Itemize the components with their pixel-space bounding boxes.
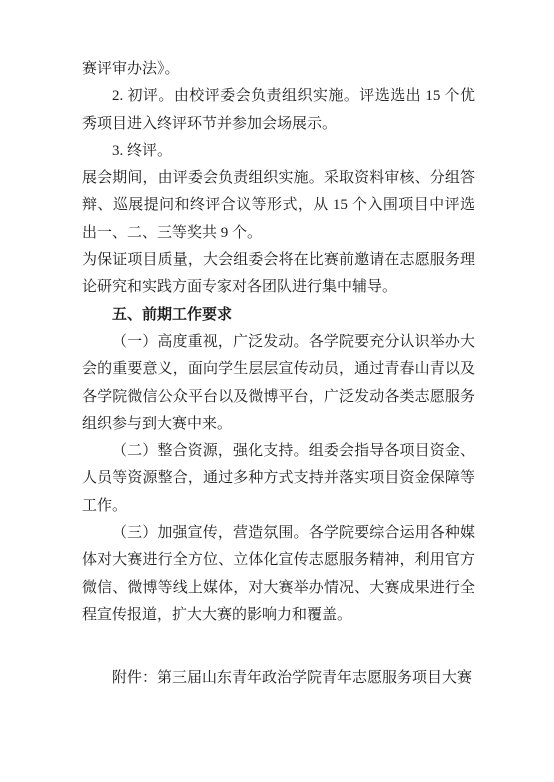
document-page: 赛评审办法》。 2. 初评。由校评委会负责组织实施。评选选出 15 个优秀项目进…	[0, 0, 554, 782]
paragraph-quality-guarantee: 为保证项目质量，大会组委会将在比赛前邀请在志愿服务理论研究和实践方面专家对各团队…	[82, 247, 475, 302]
paragraph-item-3-final-review: 3. 终评。	[82, 138, 475, 165]
paragraph-item-2-preliminary-review: 2. 初评。由校评委会负责组织实施。评选选出 15 个优秀项目进入终评环节并参加…	[82, 83, 475, 138]
paragraph-final-review-detail: 展会期间，由评委会负责组织实施。采取资料审核、分组答辩、巡展提问和终评合议等形式…	[82, 165, 475, 247]
paragraph-requirement-1: （一）高度重视，广泛发动。各学院要充分认识举办大会的重要意义，面向学生层层宣传动…	[82, 329, 475, 438]
section-heading-5: 五、前期工作要求	[82, 302, 475, 329]
document-body: 赛评审办法》。 2. 初评。由校评委会负责组织实施。评选选出 15 个优秀项目进…	[82, 56, 475, 693]
paragraph-requirement-3: （三）加强宣传，营造氛围。各学院要综合运用各种媒体对大赛进行全方位、立体化宣传志…	[82, 520, 475, 629]
paragraph-continuation: 赛评审办法》。	[82, 56, 475, 83]
attachment-line: 附件：第三届山东青年政治学院青年志愿服务项目大赛	[82, 665, 475, 692]
paragraph-requirement-2: （二）整合资源，强化支持。组委会指导各项目资金、人员等资源整合，通过多种方式支持…	[82, 438, 475, 520]
